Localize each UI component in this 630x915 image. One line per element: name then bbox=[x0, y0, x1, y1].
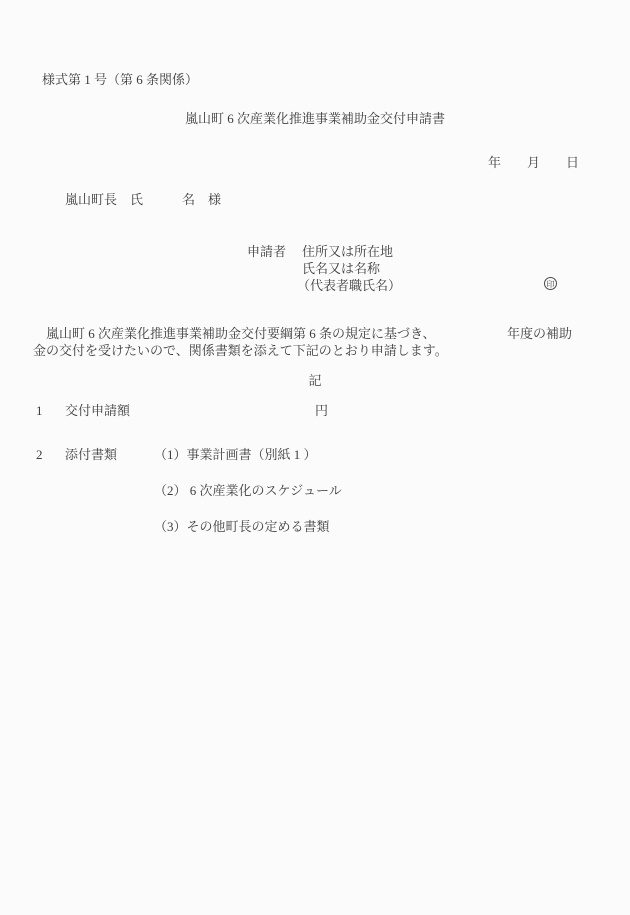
item-1-unit: 円 bbox=[315, 403, 328, 418]
attachment-item-3: （3）その他町長の定める書類 bbox=[154, 519, 330, 534]
document-title: 嵐山町 6 次産業化推進事業補助金交付申請書 bbox=[0, 111, 630, 126]
applicant-representative-label: （代表者職氏名） bbox=[297, 278, 401, 293]
seal-stamp-icon: 印 bbox=[544, 277, 557, 290]
body-paragraph-line-1: 嵐山町 6 次産業化推進事業補助金交付要綱第 6 条の規定に基づき、 年度の補助 bbox=[33, 326, 572, 341]
form-number: 様式第 1 号（第 6 条関係） bbox=[42, 72, 198, 87]
item-1-number: 1 bbox=[36, 403, 43, 418]
item-2-label: 添付書類 bbox=[65, 447, 117, 462]
item-2-number: 2 bbox=[36, 447, 43, 462]
item-1-label: 交付申請額 bbox=[65, 403, 130, 418]
body-paragraph-line-2: 金の交付を受けたいので、関係書類を添えて下記のとおり申請します。 bbox=[33, 343, 448, 358]
applicant-name-label: 氏名又は名称 bbox=[302, 261, 380, 276]
attachment-item-2: （2） 6 次産業化のスケジュール bbox=[154, 483, 342, 498]
addressee: 嵐山町長 氏 名 様 bbox=[65, 192, 221, 207]
applicant-address-label: 住所又は所在地 bbox=[302, 244, 393, 259]
attachment-item-1: （1）事業計画書（別紙 1 ） bbox=[154, 447, 317, 462]
applicant-label: 申請者 bbox=[247, 244, 286, 259]
date-line: 年 月 日 bbox=[0, 155, 579, 170]
application-form-page: 様式第 1 号（第 6 条関係） 嵐山町 6 次産業化推進事業補助金交付申請書 … bbox=[0, 0, 630, 915]
record-heading: 記 bbox=[0, 373, 630, 388]
